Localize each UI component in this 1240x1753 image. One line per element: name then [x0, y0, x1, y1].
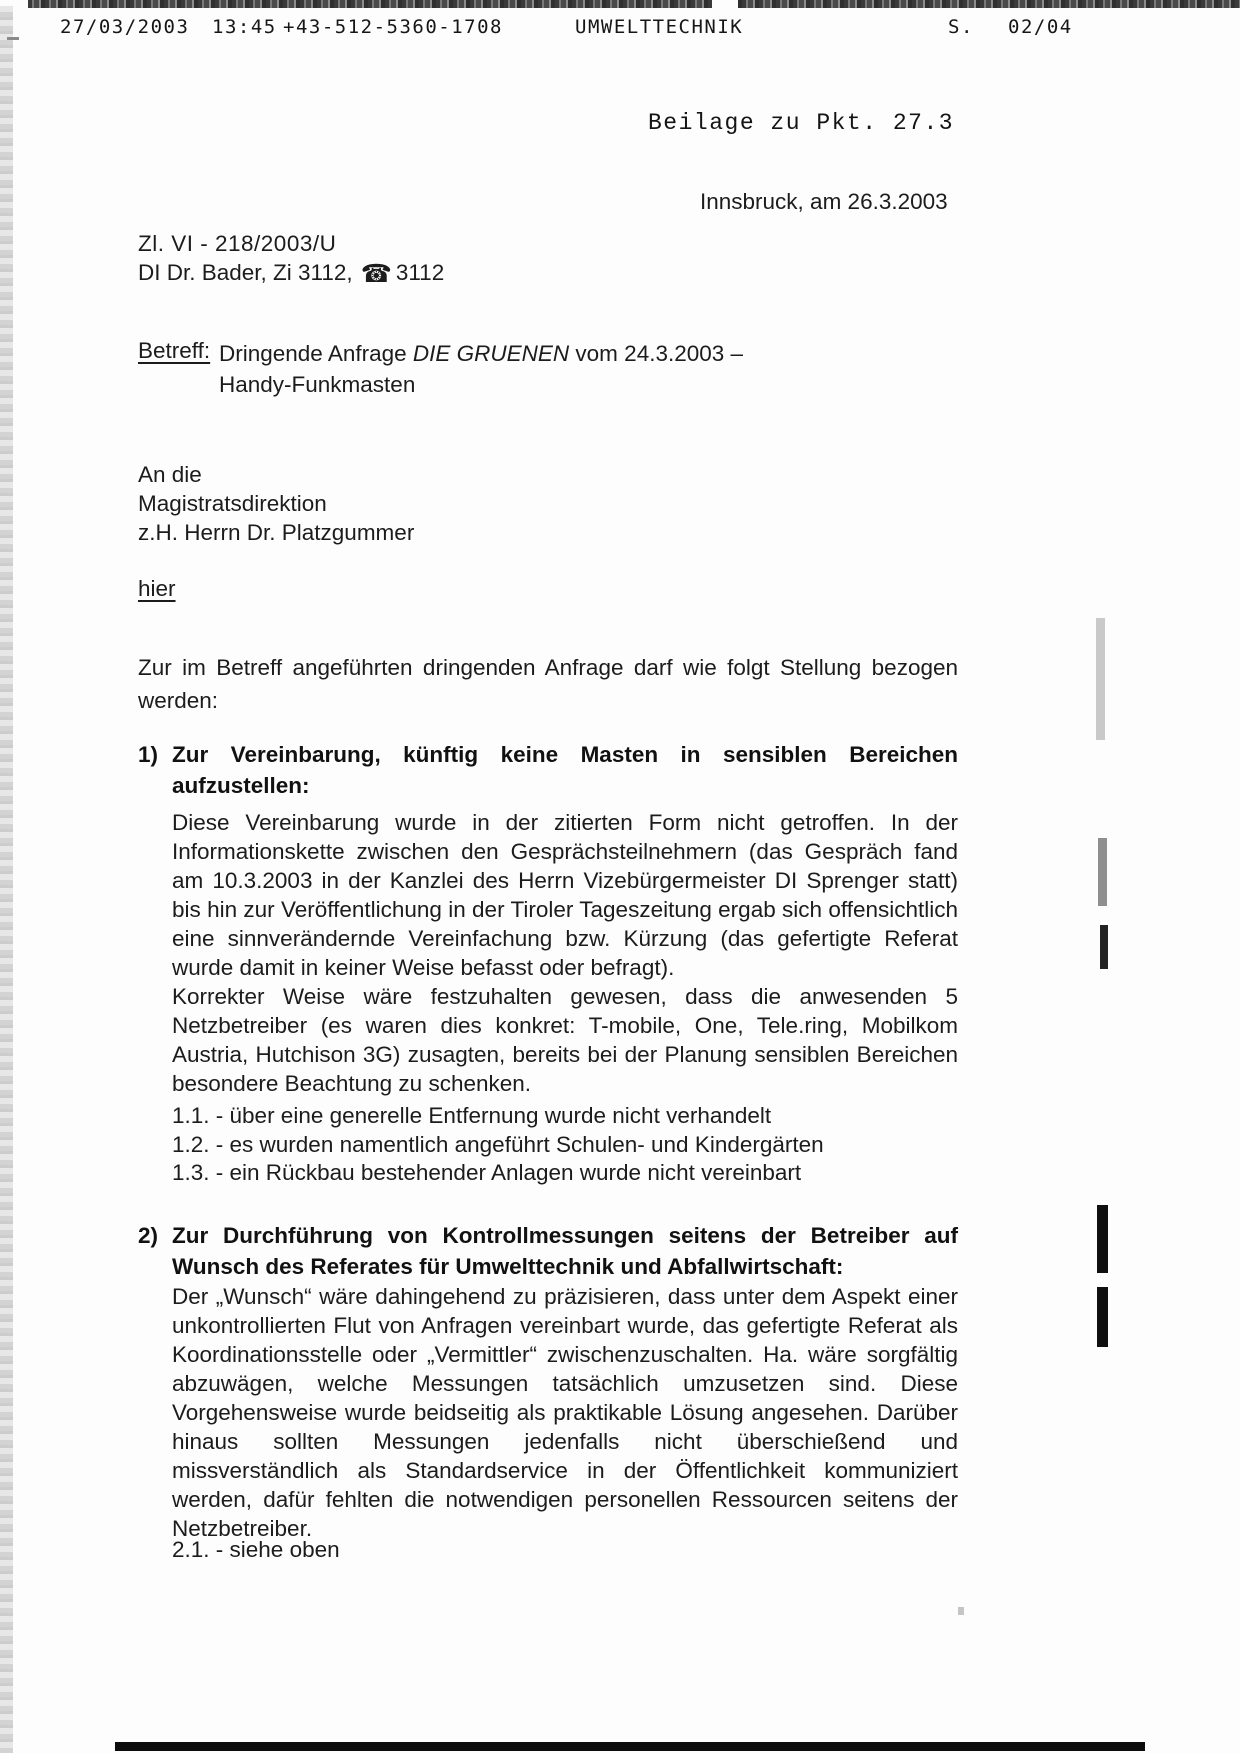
subitem-1-2: 1.2. - es wurden namentlich angeführt Sc… — [172, 1131, 824, 1160]
scan-mark-right-4 — [1097, 1205, 1108, 1273]
recipient-line: Magistratsdirektion — [138, 489, 414, 518]
place-date-line: Innsbruck, am 26.3.2003 — [700, 189, 948, 215]
section-1-heading: 1) Zur Vereinbarung, künftig keine Maste… — [172, 739, 958, 801]
section-1-paragraph-1: Diese Vereinbarung wurde in der zitierte… — [172, 808, 958, 982]
section-1-subitems: 1.1. - über eine generelle Entfernung wu… — [172, 1102, 824, 1188]
author-phone-number: 3112 — [396, 260, 444, 285]
subject-line1-party-name: DIE GRUENEN — [413, 341, 569, 366]
subject-block: Betreff: Dringende Anfrage DIE GRUENEN v… — [138, 338, 210, 364]
subitem-1-3: 1.3. - ein Rückbau bestehender Anlagen w… — [172, 1159, 824, 1188]
recipient-block: An die Magistratsdirektion z.H. Herrn Dr… — [138, 460, 414, 547]
phone-icon: ☎ — [361, 260, 392, 288]
section-1-paragraph-2: Korrekter Weise wäre festzuhalten gewese… — [172, 982, 958, 1098]
scan-mark-dash — [7, 37, 19, 40]
scan-mark-right-2 — [1098, 838, 1107, 906]
scan-mark-dot — [958, 1607, 964, 1615]
section-2-paragraph-1: Der „Wunsch“ wäre dahingehend zu präzisi… — [172, 1282, 958, 1543]
fax-date: 27/03/2003 — [60, 16, 189, 38]
scan-noise-bottom-bar — [115, 1742, 1145, 1751]
recipient-line: An die — [138, 460, 414, 489]
section-2-number: 2) — [138, 1220, 158, 1251]
scan-mark-right-3 — [1100, 925, 1108, 969]
subject-line-1: Dringende Anfrage DIE GRUENEN vom 24.3.2… — [219, 338, 859, 369]
subject-label: Betreff: — [138, 338, 210, 363]
section-2-subitems: 2.1. - siehe oben — [172, 1536, 340, 1565]
section-2-heading: 2) Zur Durchführung von Kontrollmessunge… — [172, 1220, 958, 1282]
subitem-2-1: 2.1. - siehe oben — [172, 1536, 340, 1565]
subject-line1-pre: Dringende Anfrage — [219, 341, 413, 366]
author-name: DI Dr. Bader, Zi 3112, — [138, 260, 353, 285]
location-note: hier — [138, 576, 176, 602]
intro-paragraph: Zur im Betreff angeführten dringenden An… — [138, 651, 958, 717]
fax-time: 13:45 — [212, 16, 277, 38]
author-line: DI Dr. Bader, Zi 3112,☎3112 — [138, 259, 444, 289]
subject-text: Dringende Anfrage DIE GRUENEN vom 24.3.2… — [219, 338, 859, 400]
fax-page-label: S. — [948, 16, 974, 38]
scan-mark-right-5 — [1097, 1287, 1108, 1347]
scan-noise-top — [28, 0, 1240, 8]
scan-noise-top-gap — [712, 0, 738, 9]
section-2-title: Zur Durchführung von Kontrollmessungen s… — [172, 1223, 958, 1279]
fax-page-number: 02/04 — [1008, 16, 1073, 38]
fax-sender-name: UMWELTTECHNIK — [575, 16, 743, 38]
subject-line1-post: vom 24.3.2003 – — [569, 341, 743, 366]
scan-noise-left-band — [0, 6, 13, 1753]
attachment-note: Beilage zu Pkt. 27.3 — [648, 110, 954, 136]
scanned-fax-document: 27/03/2003 13:45 +43-512-5360-1708 UMWEL… — [0, 0, 1240, 1753]
section-1-number: 1) — [138, 739, 158, 770]
subitem-1-1: 1.1. - über eine generelle Entfernung wu… — [172, 1102, 824, 1131]
reference-number: Zl. VI - 218/2003/U — [138, 231, 336, 257]
subject-line-2: Handy-Funkmasten — [219, 369, 859, 400]
fax-number: +43-512-5360-1708 — [283, 16, 503, 38]
recipient-line: z.H. Herrn Dr. Platzgummer — [138, 518, 414, 547]
section-1-title: Zur Vereinbarung, künftig keine Masten i… — [172, 742, 958, 798]
scan-mark-right-1 — [1096, 618, 1105, 740]
